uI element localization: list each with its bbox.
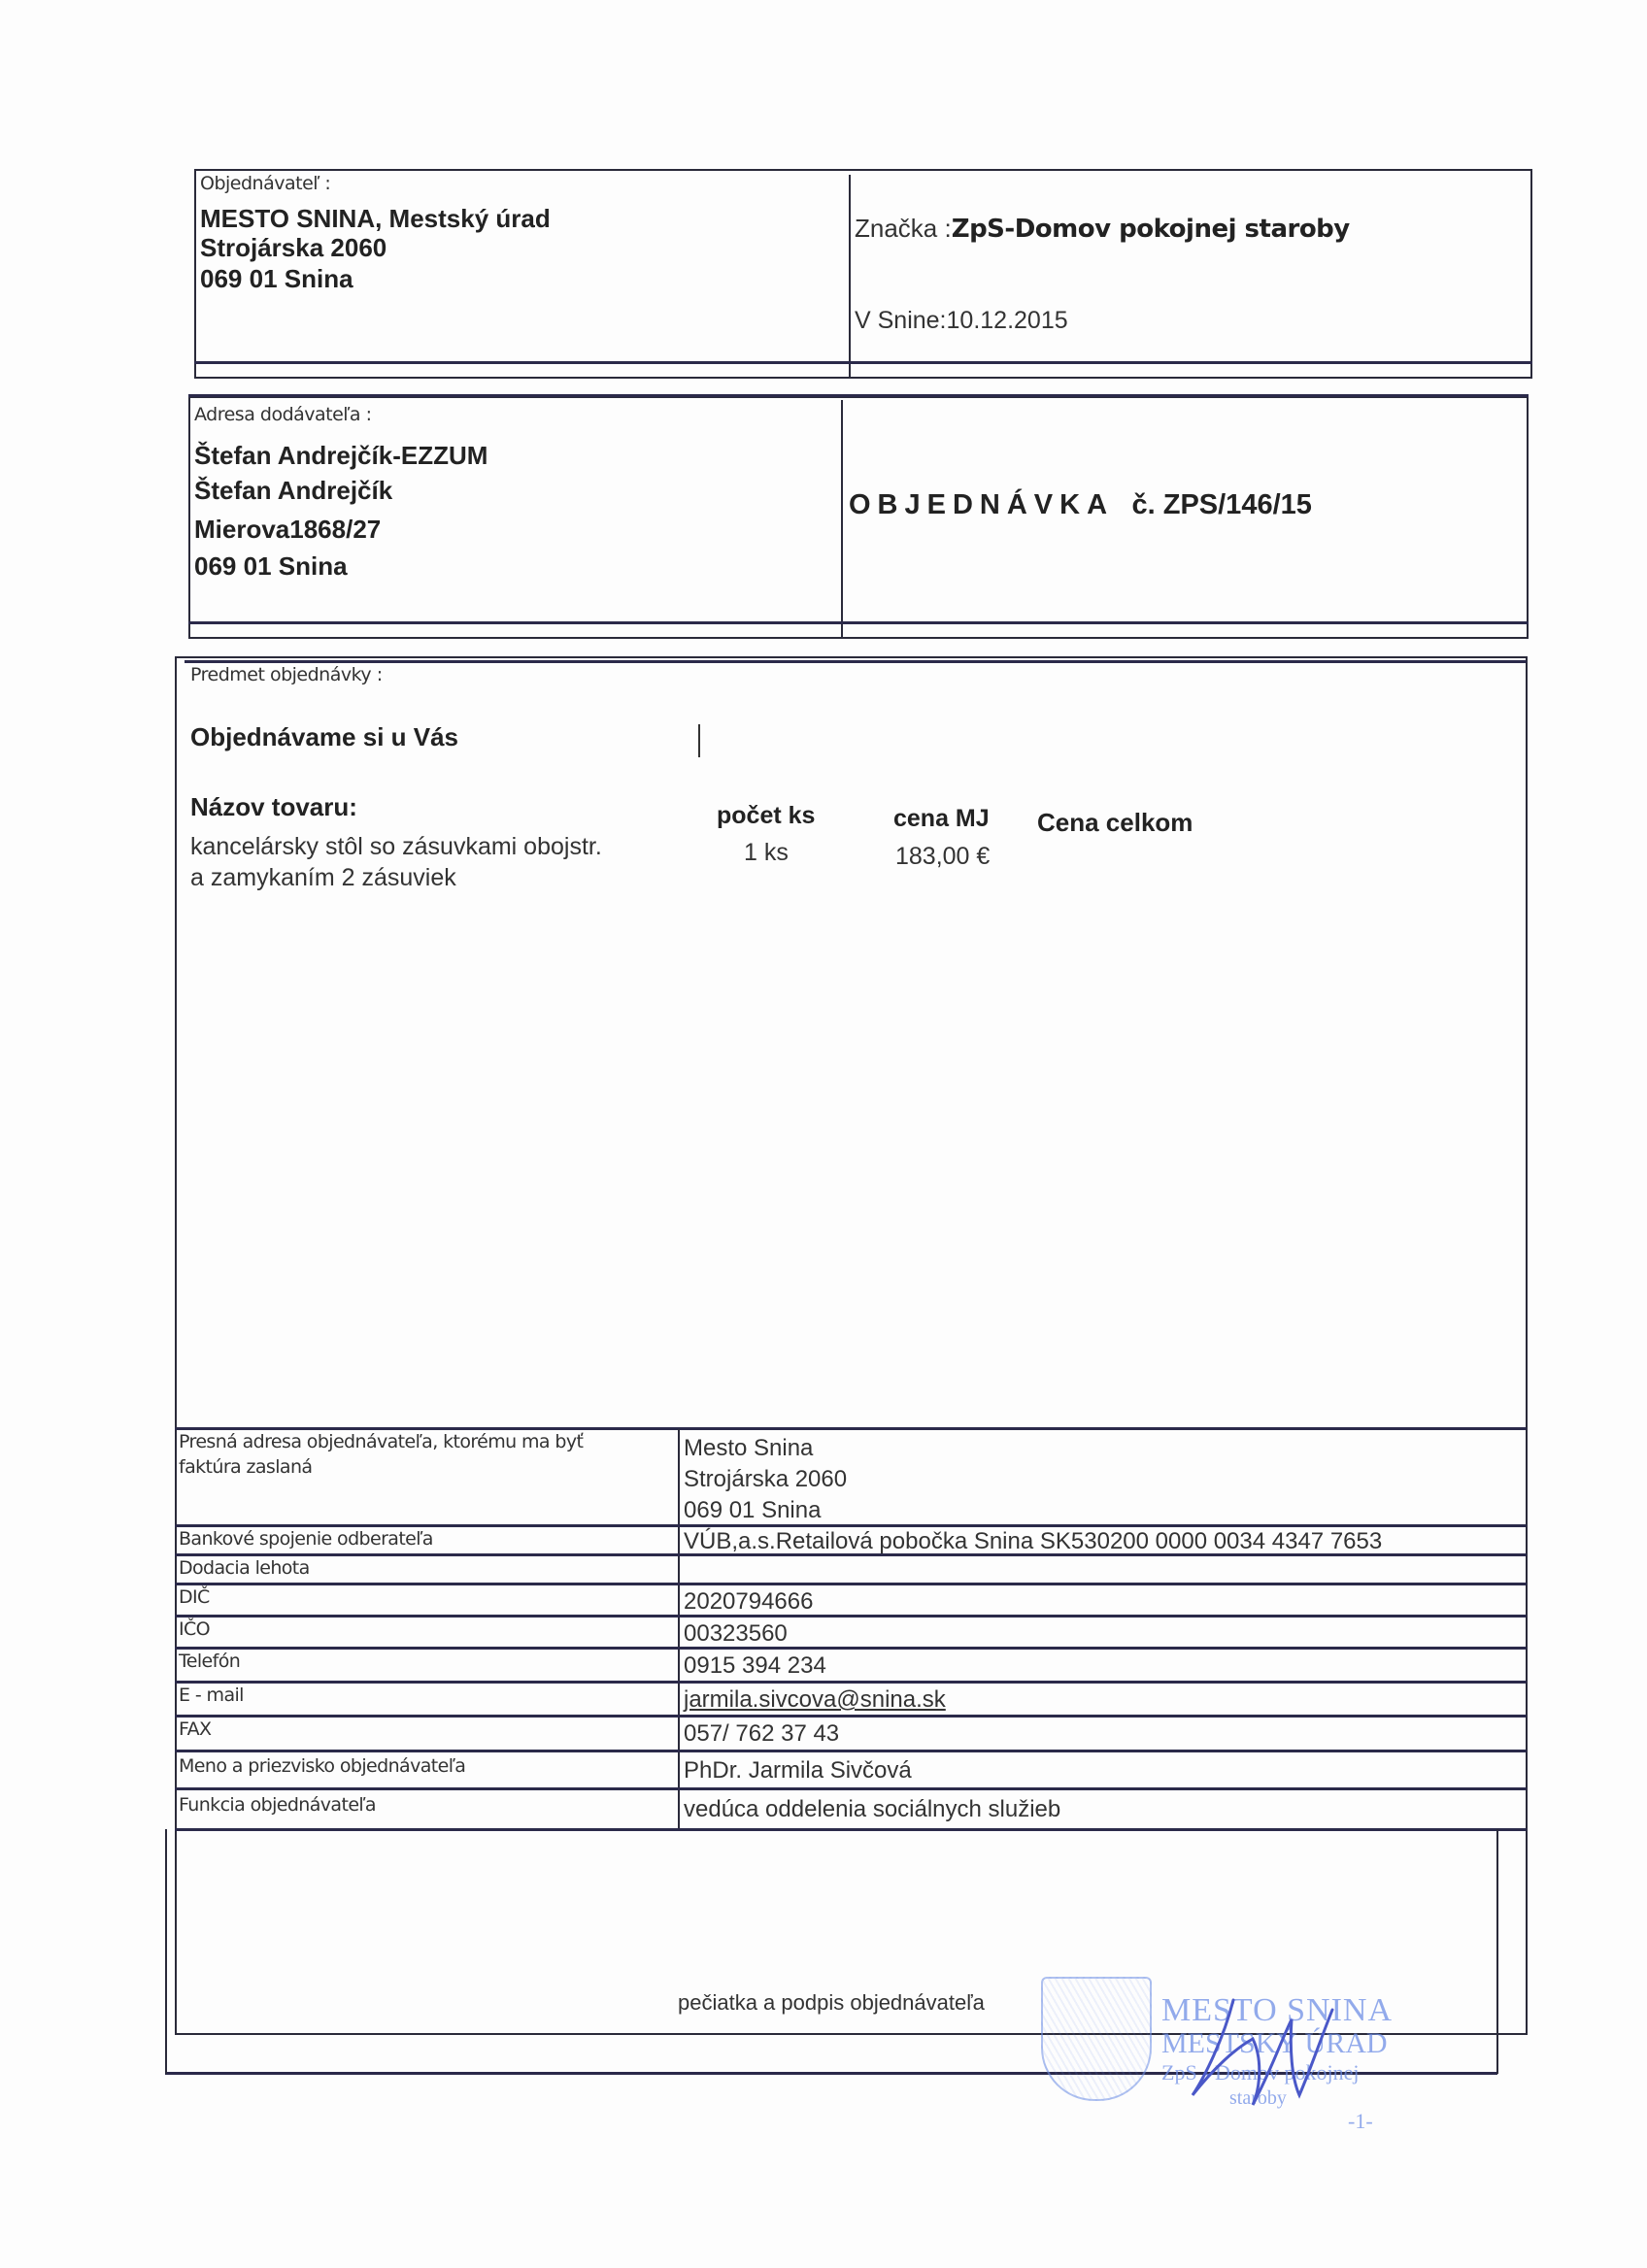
orderer-divider <box>849 175 851 377</box>
detail-label-dic: DIČ <box>179 1586 210 1608</box>
column-header-name: Názov tovaru: <box>190 792 357 822</box>
row-line <box>175 1681 1527 1684</box>
detail-value-name: PhDr. Jarmila Sivčová <box>684 1757 912 1784</box>
order-number: č. ZPS/146/15 <box>1131 489 1311 520</box>
row-line <box>175 1583 1527 1585</box>
column-header-unit-price: cena MJ <box>893 805 990 833</box>
page-number: -1- <box>1348 2109 1373 2134</box>
signature-label: pečiatka a podpis objednávateľa <box>678 1990 985 2016</box>
order-heading: OBJEDNÁVKA č. ZPS/146/15 <box>849 489 1312 521</box>
detail-label-function: Funkcia objednávateľa <box>179 1794 376 1816</box>
row-line <box>175 1647 1527 1650</box>
supplier-divider <box>841 400 843 639</box>
detail-label-invoice-address: Presná adresa objednávateľa, ktorému ma … <box>179 1431 583 1452</box>
detail-label-bank: Bankové spojenie odberateľa <box>179 1528 433 1550</box>
detail-label-phone: Telefón <box>179 1651 240 1672</box>
supplier-city: 069 01 Snina <box>194 551 348 582</box>
subject-label: Predmet objednávky : <box>190 664 383 685</box>
details-divider <box>678 1429 680 1829</box>
row-line <box>175 1787 1527 1790</box>
signature-right-border <box>1496 1829 1498 2074</box>
row-line <box>175 1615 1527 1618</box>
supplier-person: Štefan Andrejčík <box>194 476 392 506</box>
orderer-city: 069 01 Snina <box>200 264 353 294</box>
supplier-label: Adresa dodávateľa : <box>194 404 372 425</box>
detail-value-fax: 057/ 762 37 43 <box>684 1720 839 1748</box>
orderer-label: Objednávateľ : <box>200 173 330 194</box>
row-line <box>175 1715 1527 1718</box>
detail-label-delivery: Dodacia lehota <box>179 1557 310 1579</box>
detail-label-fax: FAX <box>179 1718 211 1740</box>
detail-value-ico: 00323560 <box>684 1620 788 1648</box>
detail-label-invoice-address-2: faktúra zaslaná <box>179 1456 312 1478</box>
order-title: OBJEDNÁVKA <box>849 489 1114 520</box>
subject-intro: Objednávame si u Vás <box>190 722 458 752</box>
detail-value-bank: VÚB,a.s.Retailová pobočka Snina SK530200… <box>684 1528 1382 1555</box>
supplier-top-line <box>188 394 1529 397</box>
detail-value-function: vedúca oddelenia sociálnych služieb <box>684 1796 1060 1823</box>
place-date: V Snine:10.12.2015 <box>855 307 1068 335</box>
detail-value-dic: 2020794666 <box>684 1588 813 1616</box>
detail-label-name: Meno a priezvisko objednávateľa <box>179 1755 465 1777</box>
orderer-street: Strojárska 2060 <box>200 233 387 263</box>
detail-value-email-link[interactable]: jarmila.sivcova@snina.sk <box>684 1686 946 1714</box>
item-name-line2: a zamykaním 2 zásuviek <box>190 864 456 892</box>
row-line <box>175 1828 1527 1831</box>
orderer-bottom-line <box>194 361 1532 364</box>
detail-value-invoice-line2: Strojárska 2060 <box>684 1466 847 1493</box>
mark-value: ZpS-Domov pokojnej staroby <box>952 215 1350 244</box>
signature-scribble-icon <box>1165 1981 1360 2117</box>
signature-left-border <box>165 1829 167 2074</box>
detail-label-email: E - mail <box>179 1684 244 1706</box>
mark-field: Značka :ZpS-Domov pokojnej staroby <box>855 214 1350 244</box>
stamp-shield-icon <box>1041 1977 1152 2101</box>
detail-value-invoice-line1: Mesto Snina <box>684 1435 813 1462</box>
supplier-company: Štefan Andrejčík-EZZUM <box>194 441 487 471</box>
detail-label-ico: IČO <box>179 1618 210 1640</box>
text-cursor <box>698 724 700 757</box>
detail-value-phone: 0915 394 234 <box>684 1652 826 1680</box>
row-line <box>175 1750 1527 1752</box>
orderer-section <box>194 169 1532 379</box>
subject-top-line <box>185 660 1527 663</box>
details-top-line <box>175 1427 1527 1430</box>
item-name-line1: kancelársky stôl so zásuvkami obojstr. <box>190 833 602 861</box>
detail-value-invoice-line3: 069 01 Snina <box>684 1497 821 1524</box>
mark-label: Značka : <box>855 214 952 243</box>
column-header-total: Cena celkom <box>1037 808 1193 838</box>
supplier-bottom-line <box>188 621 1529 624</box>
row-line <box>175 1524 1527 1527</box>
supplier-street: Mierova1868/27 <box>194 515 381 545</box>
item-unit-price: 183,00 € <box>895 843 990 871</box>
column-header-qty: počet ks <box>717 802 815 830</box>
item-qty: 1 ks <box>744 839 789 867</box>
orderer-name: MESTO SNINA, Mestský úrad <box>200 204 551 234</box>
